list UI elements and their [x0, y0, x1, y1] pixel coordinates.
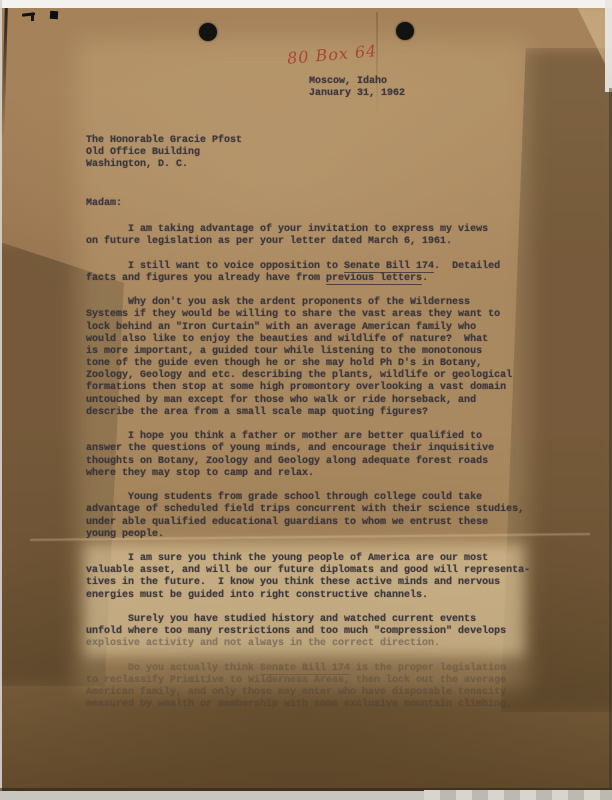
- recipient-name: The Honorable Gracie Pfost: [86, 135, 242, 147]
- text-segment: advantage of scheduled field trips concu…: [86, 504, 524, 515]
- punch-hole-right-icon: [396, 22, 414, 40]
- underlined-text: Senate Bill 174: [260, 663, 350, 676]
- text-segment: Systems if they would be willing to shar…: [86, 309, 500, 320]
- letter-paragraph: Surely you have studied history and watc…: [86, 614, 556, 651]
- letter-line: young people.: [86, 529, 556, 541]
- text-segment: where they may stop to camp and relax.: [86, 468, 314, 479]
- letter-paragraph: Young students from grade school through…: [86, 492, 556, 541]
- letter-line: lock behind an "Iron Curtain" with an av…: [86, 322, 556, 334]
- letter-line: I still want to voice opposition to Sena…: [86, 261, 556, 273]
- text-segment: I still want to voice opposition to: [86, 261, 344, 272]
- text-segment: American family, and only those may ente…: [86, 687, 506, 698]
- text-segment: tone of the guide even though he or she …: [86, 358, 482, 369]
- letter-line: Do you actually think Senate Bill 174 is…: [86, 663, 556, 675]
- letter-line: to reclassify Primitive to Wilderness Ar…: [86, 675, 556, 687]
- letter-line: valuable asset, and will be our future d…: [86, 565, 556, 577]
- letter-line: I am taking advantage of your invitation…: [86, 224, 556, 236]
- text-segment: I am sure you think the young people of …: [86, 553, 488, 564]
- letter-line: Systems if they would be willing to shar…: [86, 309, 556, 321]
- letter-body: I am taking advantage of your invitation…: [86, 224, 556, 712]
- text-segment: Zoology, Geology and etc. describing the…: [86, 370, 512, 381]
- letter-line: formations then stop at some high promon…: [86, 382, 556, 394]
- text-segment: on future legislation as per your letter…: [86, 236, 452, 247]
- letter-line: untouched by man except for those who wa…: [86, 395, 556, 407]
- letter-line: where they may stop to camp and relax.: [86, 468, 556, 480]
- text-segment: is more important, a guided tour while l…: [86, 346, 482, 357]
- scan-edge-bottom-checker: [424, 790, 612, 800]
- text-segment: Do you actually think: [86, 663, 260, 674]
- letter-paragraph: I hope you think a father or mother are …: [86, 431, 556, 480]
- letter-paragraph: Why don't you ask the ardent proponents …: [86, 297, 556, 419]
- letter-line: explosive activity and not always in the…: [86, 638, 556, 650]
- text-segment: facts and figures you already have from: [86, 273, 326, 284]
- letter-line: unfold where too many restrictions and t…: [86, 626, 556, 638]
- letter-line: Young students from grade school through…: [86, 492, 556, 504]
- text-segment: Young students from grade school through…: [86, 492, 482, 503]
- text-segment: Surely you have studied history and watc…: [86, 614, 476, 625]
- text-segment: to reclassify Primitive to Wilderness Ar…: [86, 675, 506, 686]
- text-segment: .: [422, 273, 428, 284]
- letter-line: answer the questions of young minds, and…: [86, 443, 556, 455]
- letter-line: energies must be guided into right const…: [86, 590, 556, 602]
- letter-line: is more important, a guided tour while l…: [86, 346, 556, 358]
- stain-mark-square: [50, 11, 58, 19]
- paper-edge-crack: [1, 8, 8, 138]
- text-segment: energies must be guided into right const…: [86, 590, 428, 601]
- stain-mark-hook: [31, 15, 34, 21]
- letter-line: under able qualified educational guardia…: [86, 517, 556, 529]
- punch-hole-left-icon: [199, 23, 217, 41]
- letter-line: measured by wealth or membership with so…: [86, 699, 556, 711]
- letter-line: facts and figures you already have from …: [86, 273, 556, 285]
- text-segment: unfold where too many restrictions and t…: [86, 626, 506, 637]
- text-segment: answer the questions of young minds, and…: [86, 443, 494, 454]
- dateline-city: Moscow, Idaho: [309, 76, 405, 88]
- underlined-text: Senate Bill 174: [344, 261, 434, 274]
- text-segment: . Detailed: [434, 261, 500, 272]
- letter-line: advantage of scheduled field trips concu…: [86, 504, 556, 516]
- recipient-city: Washington, D. C.: [86, 159, 242, 171]
- underlined-text: previous letters: [326, 273, 422, 286]
- letter-paragraph: Do you actually think Senate Bill 174 is…: [86, 663, 556, 712]
- scan-edge-top: [0, 0, 612, 8]
- letter-line: I hope you think a father or mother are …: [86, 431, 556, 443]
- dateline: Moscow, Idaho January 31, 1962: [309, 76, 405, 100]
- text-segment: untouched by man except for those who wa…: [86, 395, 476, 406]
- text-segment: I hope you think a father or mother are …: [86, 431, 482, 442]
- letter-line: Zoology, Geology and etc. describing the…: [86, 370, 556, 382]
- text-segment: lock behind an "Iron Curtain" with an av…: [86, 322, 476, 333]
- letter-line: I am sure you think the young people of …: [86, 553, 556, 565]
- scan-edge-right: [605, 0, 612, 92]
- letter-paragraph: I am taking advantage of your invitation…: [86, 224, 556, 248]
- text-segment: would also like to enjoy the beauties an…: [86, 334, 488, 345]
- recipient-street: Old Office Building: [86, 147, 242, 159]
- text-segment: I am taking advantage of your invitation…: [86, 224, 488, 235]
- letter-line: tives in the future. I know you think th…: [86, 577, 556, 589]
- text-segment: is the proper legislation: [350, 663, 506, 674]
- salutation: Madam:: [86, 198, 122, 210]
- letter-paragraph: I still want to voice opposition to Sena…: [86, 261, 556, 285]
- text-segment: measured by wealth or membership with so…: [86, 699, 512, 710]
- recipient-address: The Honorable Gracie Pfost Old Office Bu…: [86, 135, 242, 172]
- letter-line: Surely you have studied history and watc…: [86, 614, 556, 626]
- text-segment: tives in the future. I know you think th…: [86, 577, 500, 588]
- text-segment: describe the area from a small scale map…: [86, 407, 428, 418]
- letter-line: on future legislation as per your letter…: [86, 236, 556, 248]
- letter-line: would also like to enjoy the beauties an…: [86, 334, 556, 346]
- text-segment: explosive activity and not always in the…: [86, 638, 440, 649]
- letter-line: thoughts on Botany, Zoology and Geology …: [86, 456, 556, 468]
- letter-line: American family, and only those may ente…: [86, 687, 556, 699]
- scanned-letter-page: 80 Box 64 Moscow, Idaho January 31, 1962…: [0, 0, 612, 800]
- text-segment: under able qualified educational guardia…: [86, 517, 488, 528]
- letter-line: tone of the guide even though he or she …: [86, 358, 556, 370]
- letter-line: Why don't you ask the ardent proponents …: [86, 297, 556, 309]
- letter-line: describe the area from a small scale map…: [86, 407, 556, 419]
- letter-paragraph: I am sure you think the young people of …: [86, 553, 556, 602]
- text-segment: Why don't you ask the ardent proponents …: [86, 297, 470, 308]
- text-segment: thoughts on Botany, Zoology and Geology …: [86, 456, 488, 467]
- dateline-date: January 31, 1962: [309, 88, 405, 100]
- text-segment: formations then stop at some high promon…: [86, 382, 506, 393]
- text-segment: young people.: [86, 529, 164, 540]
- text-segment: valuable asset, and will be our future d…: [86, 565, 530, 576]
